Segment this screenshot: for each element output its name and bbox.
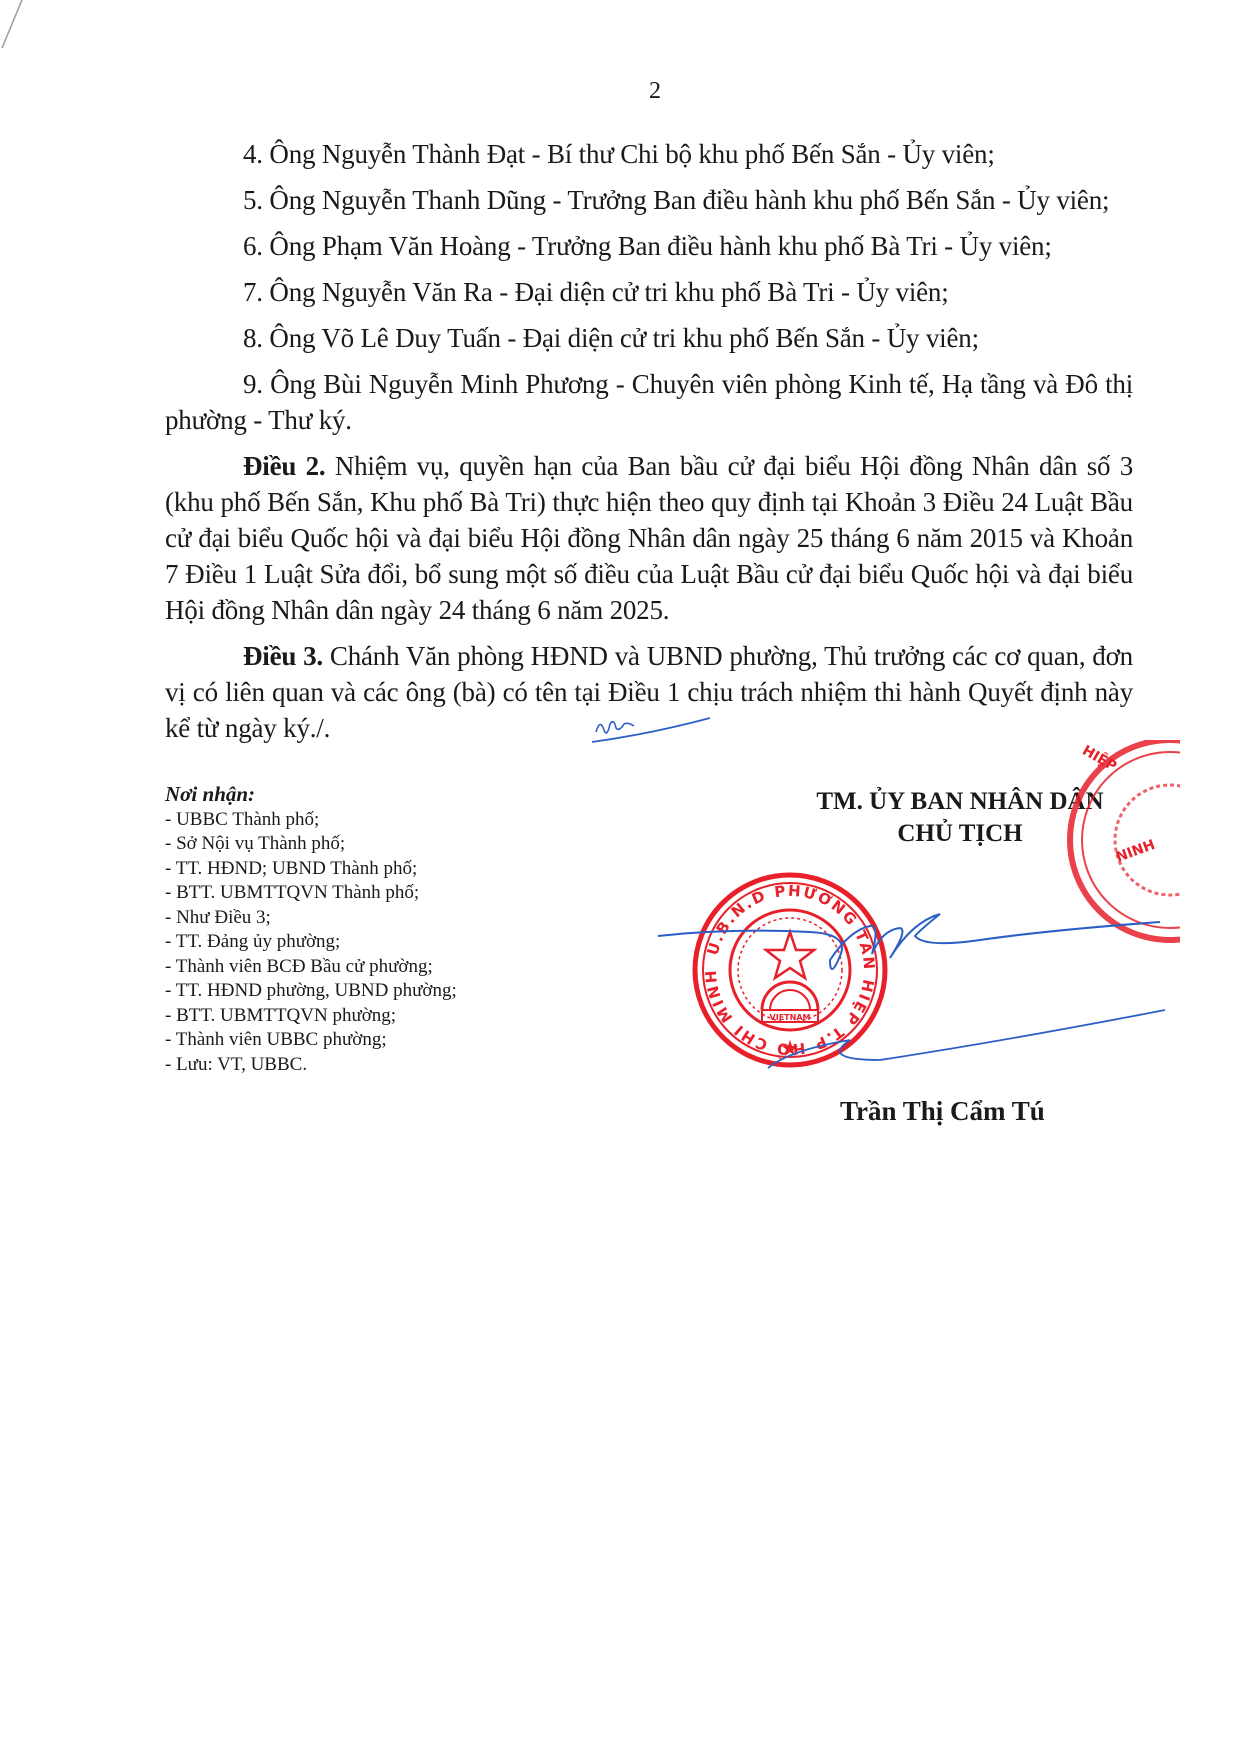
recipient-item: - BTT. UBMTTQVN phường; [165, 1004, 457, 1029]
recipient-item: - UBBC Thành phố; [165, 808, 457, 833]
member-item: 9. Ông Bùi Nguyễn Minh Phương - Chuyên v… [165, 366, 1133, 438]
recipient-item: - Lưu: VT, UBBC. [165, 1053, 457, 1078]
recipient-item: - BTT. UBMTTQVN Thành phố; [165, 881, 457, 906]
svg-text:NINH: NINH [1114, 837, 1157, 866]
decision-body: 4. Ông Nguyễn Thành Đạt - Bí thư Chi bộ … [165, 136, 1133, 746]
recipient-item: - Thành viên BCĐ Bầu cử phường; [165, 955, 457, 980]
member-item: 8. Ông Võ Lê Duy Tuấn - Đại diện cử tri … [165, 320, 1133, 356]
article-label: Điều 3. [243, 641, 323, 671]
recipient-item: - TT. HĐND; UBND Thành phố; [165, 857, 457, 882]
recipients-list: Nơi nhận: - UBBC Thành phố; - Sở Nội vụ … [165, 782, 457, 1077]
member-item: 7. Ông Nguyễn Văn Ra - Đại diện cử tri k… [165, 274, 1133, 310]
member-item: 4. Ông Nguyễn Thành Đạt - Bí thư Chi bộ … [165, 136, 1133, 172]
article-label: Điều 2. [243, 451, 325, 481]
handwritten-signature [650, 900, 1170, 1080]
recipients-heading: Nơi nhận: [165, 782, 457, 807]
recipient-item: - TT. Đảng ủy phường; [165, 930, 457, 955]
recipient-item: - Sở Nội vụ Thành phố; [165, 832, 457, 857]
recipient-item: - Như Điều 3; [165, 906, 457, 931]
page-number: 2 [0, 78, 1240, 105]
member-item: 5. Ông Nguyễn Thanh Dũng - Trưởng Ban đi… [165, 182, 1133, 218]
initials-signature [590, 708, 720, 748]
signer-name: Trần Thị Cẩm Tú [840, 1096, 1045, 1127]
recipient-item: - Thành viên UBBC phường; [165, 1028, 457, 1053]
member-item: 6. Ông Phạm Văn Hoàng - Trưởng Ban điều … [165, 228, 1133, 264]
scan-artifact [0, 0, 120, 80]
recipient-item: - TT. HĐND phường, UBND phường; [165, 979, 457, 1004]
article-2: Điều 2. Nhiệm vụ, quyền hạn của Ban bầu … [165, 448, 1133, 628]
